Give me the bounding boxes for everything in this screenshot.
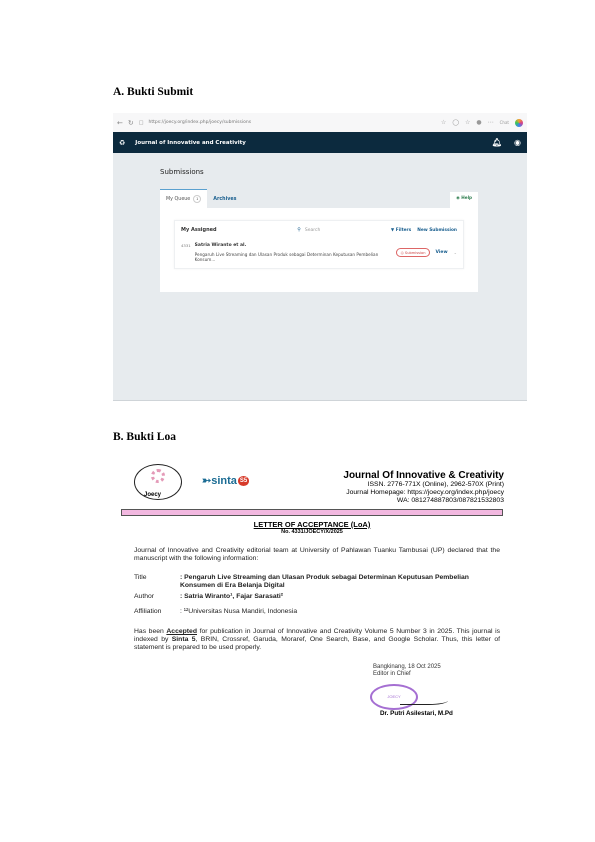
journal-homepage: Journal Homepage: https://joecy.org/inde… [343, 489, 504, 497]
journal-info: Journal Of Innovative & Creativity ISSN.… [343, 470, 504, 505]
sinta-logo: ➳sintaS5 [202, 474, 249, 487]
loa-title: LETTER OF ACCEPTANCE (LoA) [118, 520, 506, 529]
list-title: My Assigned [181, 227, 297, 233]
copilot-icon[interactable] [515, 119, 523, 127]
home-icon[interactable]: ♻ [119, 139, 125, 147]
letter-of-acceptance: Joecy ➳sintaS5 Journal Of Innovative & C… [118, 458, 528, 718]
search-icon[interactable]: ⚲ [297, 227, 301, 233]
app-title[interactable]: Journal of Innovative and Creativity [135, 140, 480, 146]
affiliation-field: Affiliation : ¹²Universitas Nusa Mandiri… [134, 608, 500, 616]
app-header: ♻ Journal of Innovative and Creativity 🔔… [113, 132, 527, 153]
journal-name: Journal Of Innovative & Creativity [343, 470, 504, 481]
stage-badge: ◎ Submission [396, 248, 431, 257]
search-input[interactable]: Search [305, 228, 385, 233]
section-a-heading: A. Bukti Submit [113, 86, 193, 98]
browser-toolbar: ← ↻ □ https://joecy.org/index.php/joecy/… [113, 113, 527, 132]
view-button[interactable]: View [435, 250, 447, 255]
back-icon[interactable]: ← [117, 119, 123, 127]
section-b-heading: B. Bukti Loa [113, 431, 176, 443]
acceptance-paragraph: Has been Accepted for publication in Jou… [134, 628, 500, 652]
intro-paragraph: Journal of Innovative and Creativity edi… [134, 547, 500, 563]
lock-icon: □ [139, 120, 144, 126]
submission-screenshot: ← ↻ □ https://joecy.org/index.php/joecy/… [113, 113, 527, 401]
loa-number: No. 4331/JOECY/X/2025 [118, 529, 506, 535]
title-field: Title : Pengaruh Live Streaming dan Ulas… [134, 574, 500, 590]
more-icon[interactable]: ⋯ [488, 119, 494, 126]
chat-label[interactable]: Chat [500, 120, 509, 125]
author-field: Author : Satria Wiranto¹, Fajar Sarasati… [134, 593, 500, 601]
submission-authors: Satria Wiranto et al. [195, 243, 396, 248]
tab-archives[interactable]: Archives [207, 190, 242, 208]
signer-name: Dr. Putri Asilestari, M.Pd [380, 710, 453, 717]
tab-label: My Queue [166, 197, 190, 202]
favorites-icon[interactable]: ☆ [465, 119, 470, 126]
tab-my-queue[interactable]: My Queue 1 [160, 189, 207, 208]
joecy-label: Joecy [144, 492, 161, 498]
filters-button[interactable]: ▼ Filters [391, 228, 411, 233]
filter-icon: ▼ [391, 228, 394, 233]
tabs: My Queue 1 Archives ◉ Help [160, 190, 478, 208]
user-icon[interactable]: ◉ [514, 138, 521, 147]
new-submission-button[interactable]: New Submission [417, 228, 457, 233]
signature-icon [400, 694, 448, 705]
reload-icon[interactable]: ↻ [128, 119, 134, 127]
signature-block: Bangkinang, 18 Oct 2025 Editor in Chief [373, 664, 441, 678]
submission-row[interactable]: 4331 Satria Wiranto et al. Pengaruh Live… [181, 243, 457, 262]
page-title: Submissions [160, 168, 478, 176]
extension-icon[interactable]: ◯ [452, 119, 459, 126]
help-button[interactable]: ◉ Help [450, 192, 478, 208]
profile-icon[interactable]: ● [476, 119, 481, 126]
header-divider [121, 509, 503, 516]
submission-title: Pengaruh Live Streaming dan Ulasan Produ… [195, 252, 396, 262]
help-label: Help [461, 195, 472, 200]
bell-icon[interactable]: 🔔︎ [492, 138, 502, 147]
journal-wa: WA: 081274887803/087821532803 [343, 497, 504, 505]
journal-issn: ISSN. 2776-771X (Online), 2962-570X (Pri… [343, 481, 504, 489]
submissions-card: My Assigned ⚲ Search ▼ Filters New Submi… [174, 220, 464, 269]
address-bar[interactable]: https://joecy.org/index.php/joecy/submis… [148, 120, 440, 125]
chevron-down-icon[interactable]: ⌄ [454, 250, 457, 255]
star-icon[interactable]: ☆ [441, 119, 446, 126]
submission-id: 4331 [181, 243, 191, 248]
queue-count-badge: 1 [193, 195, 201, 203]
